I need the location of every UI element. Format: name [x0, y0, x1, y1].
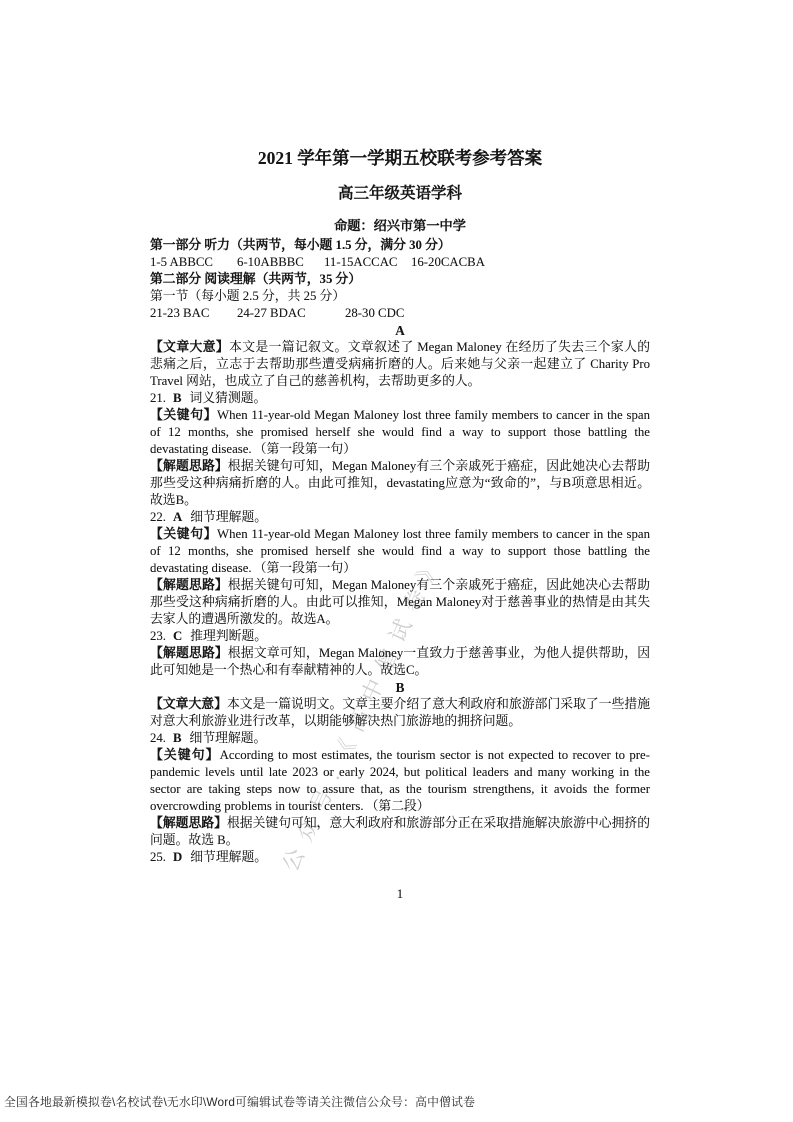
passage-a-label: A: [150, 322, 650, 339]
question-type: 细节理解题。: [190, 731, 267, 745]
part1-listening-heading: 第一部分 听力（共两节，每小题 1.5 分，满分 30 分）: [150, 237, 650, 254]
summary-tag: 【文章大意】: [150, 697, 227, 711]
key-sentence-text: When 11-year-old Megan Maloney lost thre…: [150, 408, 650, 456]
question-21-answer-line: 21.B词义猜测题。: [150, 390, 650, 407]
key-sentence-note: （第一段第一句）: [254, 561, 356, 575]
question-type: 词义猜测题。: [190, 391, 267, 405]
answer-group-6-10: 6-10ABBBC: [237, 254, 324, 271]
question-number: 21.: [150, 391, 166, 405]
solution-tag: 【解题思路】: [150, 646, 228, 660]
question-21-solution: 【解题思路】根据关键句可知，Megan Maloney有三个亲戚死于癌症，因此她…: [150, 458, 650, 509]
answer-letter: B: [173, 391, 182, 405]
question-number: 24.: [150, 731, 166, 745]
solution-tag: 【解题思路】: [150, 578, 228, 592]
key-sentence-text: When 11-year-old Megan Maloney lost thre…: [150, 527, 650, 575]
key-sentence-tag: 【关键句】: [150, 527, 217, 541]
section1-heading: 第一节（每小题 2.5 分，共 25 分）: [150, 288, 650, 305]
answer-letter: D: [173, 850, 182, 864]
key-sentence-note: （第二段）: [366, 799, 430, 813]
question-type: 细节理解题。: [190, 850, 267, 864]
answer-group-28-30: 28-30 CDC: [345, 305, 404, 322]
document-subject: 高三年级英语学科: [150, 185, 650, 203]
answer-group-21-23: 21-23 BAC: [150, 305, 237, 322]
question-22-solution: 【解题思路】根据关键句可知，Megan Maloney有三个亲戚死于癌症，因此她…: [150, 577, 650, 628]
question-22-key-sentence: 【关键句】When 11-year-old Megan Maloney lost…: [150, 526, 650, 577]
summary-tag: 【文章大意】: [150, 340, 229, 354]
question-type: 推理判断题。: [190, 629, 267, 643]
scanned-answer-key-page: { "header": { "title": "2021 学年第一学期五校联考参…: [0, 0, 793, 1122]
document-title: 2021 学年第一学期五校联考参考答案: [150, 148, 650, 168]
question-24-solution: 【解题思路】根据关键句可知，意大利政府和旅游部分正在采取措施解决旅游中心拥挤的问…: [150, 815, 650, 849]
passage-b-summary: 【文章大意】本文是一篇说明文。文章主要介绍了意大利政府和旅游部门采取了一些措施对…: [150, 696, 650, 730]
question-number: 23.: [150, 629, 166, 643]
solution-tag: 【解题思路】: [150, 459, 228, 473]
passage-b-label: B: [150, 679, 650, 696]
key-sentence-note: （第一段第一句）: [254, 442, 356, 456]
key-sentence-tag: 【关键句】: [150, 748, 220, 762]
question-24-answer-line: 24.B细节理解题。: [150, 730, 650, 747]
listening-answers-row: 1-5 ABBCC 6-10ABBBC 11-15ACCAC 16-20CACB…: [150, 254, 650, 271]
part2-reading-heading: 第二部分 阅读理解（共两节，35 分）: [150, 271, 650, 288]
answer-group-1-5: 1-5 ABBCC: [150, 254, 237, 271]
answer-group-16-20: 16-20CACBA: [411, 254, 485, 271]
question-number: 25.: [150, 850, 166, 864]
proposer-line: 命题：绍兴市第一中学: [150, 218, 650, 234]
key-sentence-tag: 【关键句】: [150, 408, 217, 422]
question-23-answer-line: 23.C推理判断题。: [150, 628, 650, 645]
page-number: 1: [150, 886, 650, 903]
answer-group-24-27: 24-27 BDAC: [237, 305, 345, 322]
answer-letter: C: [173, 629, 182, 643]
wechat-footer-note: 全国各地最新模拟卷\名校试卷\无水印\Word可编辑试卷等请关注微信公众号：高中…: [4, 1093, 475, 1110]
reading-answers-row: 21-23 BAC 24-27 BDAC 28-30 CDC: [150, 305, 650, 322]
question-23-solution: 【解题思路】根据文章可知，Megan Maloney一直致力于慈善事业，为他人提…: [150, 645, 650, 679]
answer-group-11-15: 11-15ACCAC: [324, 254, 411, 271]
passage-a-summary: 【文章大意】本文是一篇记叙文。文章叙述了 Megan Maloney 在经历了失…: [150, 339, 650, 390]
solution-tag: 【解题思路】: [150, 816, 227, 830]
question-type: 细节理解题。: [190, 510, 267, 524]
answer-letter: A: [173, 510, 182, 524]
question-21-key-sentence: 【关键句】When 11-year-old Megan Maloney lost…: [150, 407, 650, 458]
question-25-answer-line: 25.D细节理解题。: [150, 849, 650, 866]
question-24-key-sentence: 【关键句】According to most estimates, the to…: [150, 747, 650, 815]
document-content: 2021 学年第一学期五校联考参考答案 高三年级英语学科 命题：绍兴市第一中学 …: [150, 148, 650, 903]
question-number: 22.: [150, 510, 166, 524]
question-22-answer-line: 22.A细节理解题。: [150, 509, 650, 526]
answer-letter: B: [173, 731, 182, 745]
